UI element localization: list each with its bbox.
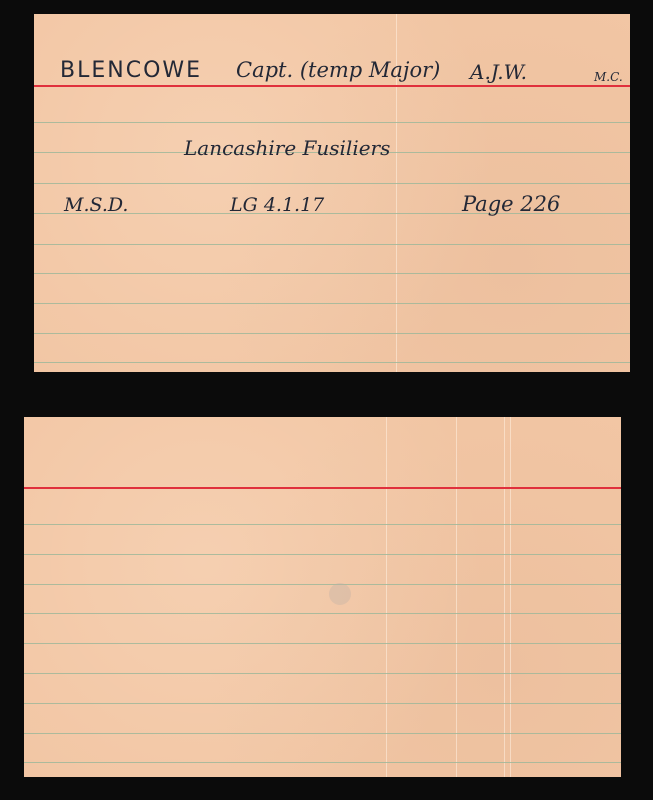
ruled-line xyxy=(34,122,630,123)
red-header-rule xyxy=(34,85,630,87)
back-index-card xyxy=(24,417,621,777)
ruled-line xyxy=(24,613,621,614)
gazette-reference: LG 4.1.17 xyxy=(230,194,324,216)
front-index-card: BLENCOWE Capt. (temp Major) A.J.W. M.C. … xyxy=(34,14,630,372)
ruled-line xyxy=(24,584,621,585)
award: M.C. xyxy=(594,70,623,84)
ruled-line xyxy=(24,643,621,644)
faint-stamp-mark xyxy=(329,583,351,605)
ruled-line xyxy=(24,524,621,525)
card-crease xyxy=(456,417,457,777)
ruled-line xyxy=(24,673,621,674)
ruled-line xyxy=(24,703,621,704)
ruled-line xyxy=(24,762,621,763)
ruled-line xyxy=(34,273,630,274)
ruled-line xyxy=(24,554,621,555)
card-crease xyxy=(510,417,511,777)
red-header-rule xyxy=(24,487,621,489)
surname: BLENCOWE xyxy=(60,58,202,83)
ruled-line xyxy=(24,733,621,734)
regiment: Lancashire Fusiliers xyxy=(184,136,390,160)
ruled-line xyxy=(34,244,630,245)
ruled-line xyxy=(34,333,630,334)
page-reference: Page 226 xyxy=(462,192,560,216)
initials: A.J.W. xyxy=(470,60,527,84)
card-crease xyxy=(504,417,505,777)
rank: Capt. (temp Major) xyxy=(236,58,440,82)
card-crease xyxy=(386,417,387,777)
honour: M.S.D. xyxy=(64,194,128,216)
ruled-line xyxy=(34,183,630,184)
ruled-line xyxy=(34,303,630,304)
ruled-line xyxy=(34,362,630,363)
